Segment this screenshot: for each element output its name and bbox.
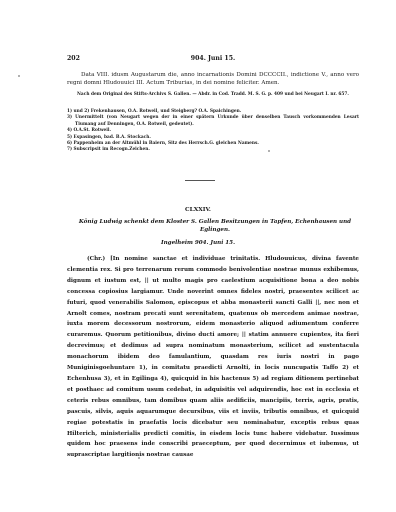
section-divider xyxy=(185,180,215,181)
document-title: König Ludwig schenkt dem Kloster S. Gall… xyxy=(67,218,363,234)
document-page: 202 904. Juni 15. Data VIII. idusm Augus… xyxy=(0,0,396,512)
running-title: 904. Juni 15. xyxy=(67,55,359,62)
page-header: 202 904. Juni 15. xyxy=(67,55,359,65)
document-number: CLXXIV. xyxy=(0,207,396,213)
footnotes: 1) und 2) Frekenhausen, O.A. Rotweil, un… xyxy=(67,109,359,154)
footnote: 7) Subscripsit im Recogn.Zeichen. xyxy=(67,147,359,153)
document-place-date: Ingelheim 904. Juni 15. xyxy=(0,240,396,246)
source-note: Nach dem Original des Stifts-Archivs S. … xyxy=(67,92,359,98)
charter-text: (Chr.) [In nomine sanctae et individuae … xyxy=(67,254,359,461)
footnote: 3) Unermittelt (von Neugart wegen der in… xyxy=(67,115,359,128)
scan-speck xyxy=(268,150,270,152)
scan-speck xyxy=(18,75,20,77)
dating-clause: Data VIII. idusm Augustarum die, anno in… xyxy=(67,71,359,87)
scan-speck xyxy=(138,457,140,459)
